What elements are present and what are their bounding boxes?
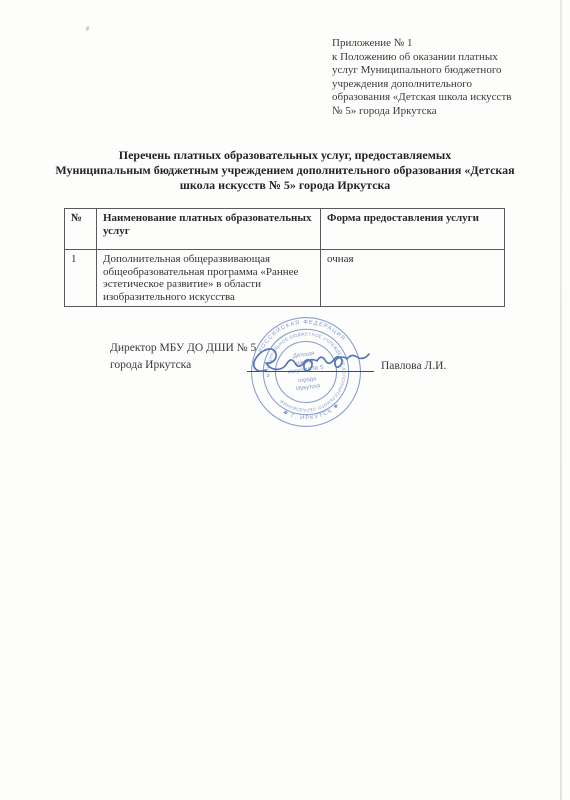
appendix-line: к Положению об оказании платных xyxy=(332,51,547,65)
cell-number: 1 xyxy=(65,250,97,307)
title-line: Муниципальным бюджетным учреждением допо… xyxy=(20,163,550,178)
signature-stroke xyxy=(254,349,369,371)
paid-services-table: № Наименование платных образовательных у… xyxy=(64,208,505,307)
cell-service-name: Дополнительная общеразвивающая общеобраз… xyxy=(97,250,321,307)
header-service-name: Наименование платных образовательных усл… xyxy=(97,209,321,250)
appendix-line: услуг Муниципального бюджетного xyxy=(332,64,547,78)
header-service-form: Форма предоставления услуги xyxy=(321,209,505,250)
appendix-line: учреждения дополнительного xyxy=(332,78,547,92)
document-title: Перечень платных образовательных услуг, … xyxy=(20,148,550,193)
scan-artifact xyxy=(85,26,90,32)
table-row: 1 Дополнительная общеразвивающая общеобр… xyxy=(65,250,505,307)
cell-service-form: очная xyxy=(321,250,505,307)
signatory-name: Павлова Л.И. xyxy=(381,360,446,372)
appendix-reference-block: Приложение № 1 к Положению об оказании п… xyxy=(332,37,547,119)
title-line: школа искусств № 5» города Иркутска xyxy=(20,178,550,193)
scan-edge-line xyxy=(560,0,562,800)
appendix-line: № 5» города Иркутска xyxy=(332,105,547,119)
appendix-line: образования «Детская школа искусств xyxy=(332,91,547,105)
table-header-row: № Наименование платных образовательных у… xyxy=(65,209,505,250)
title-line: Перечень платных образовательных услуг, … xyxy=(20,148,550,163)
appendix-line: Приложение № 1 xyxy=(332,37,547,51)
header-number: № xyxy=(65,209,97,250)
handwritten-signature xyxy=(240,336,390,384)
scanned-document-page: Приложение № 1 к Положению об оказании п… xyxy=(0,0,570,800)
